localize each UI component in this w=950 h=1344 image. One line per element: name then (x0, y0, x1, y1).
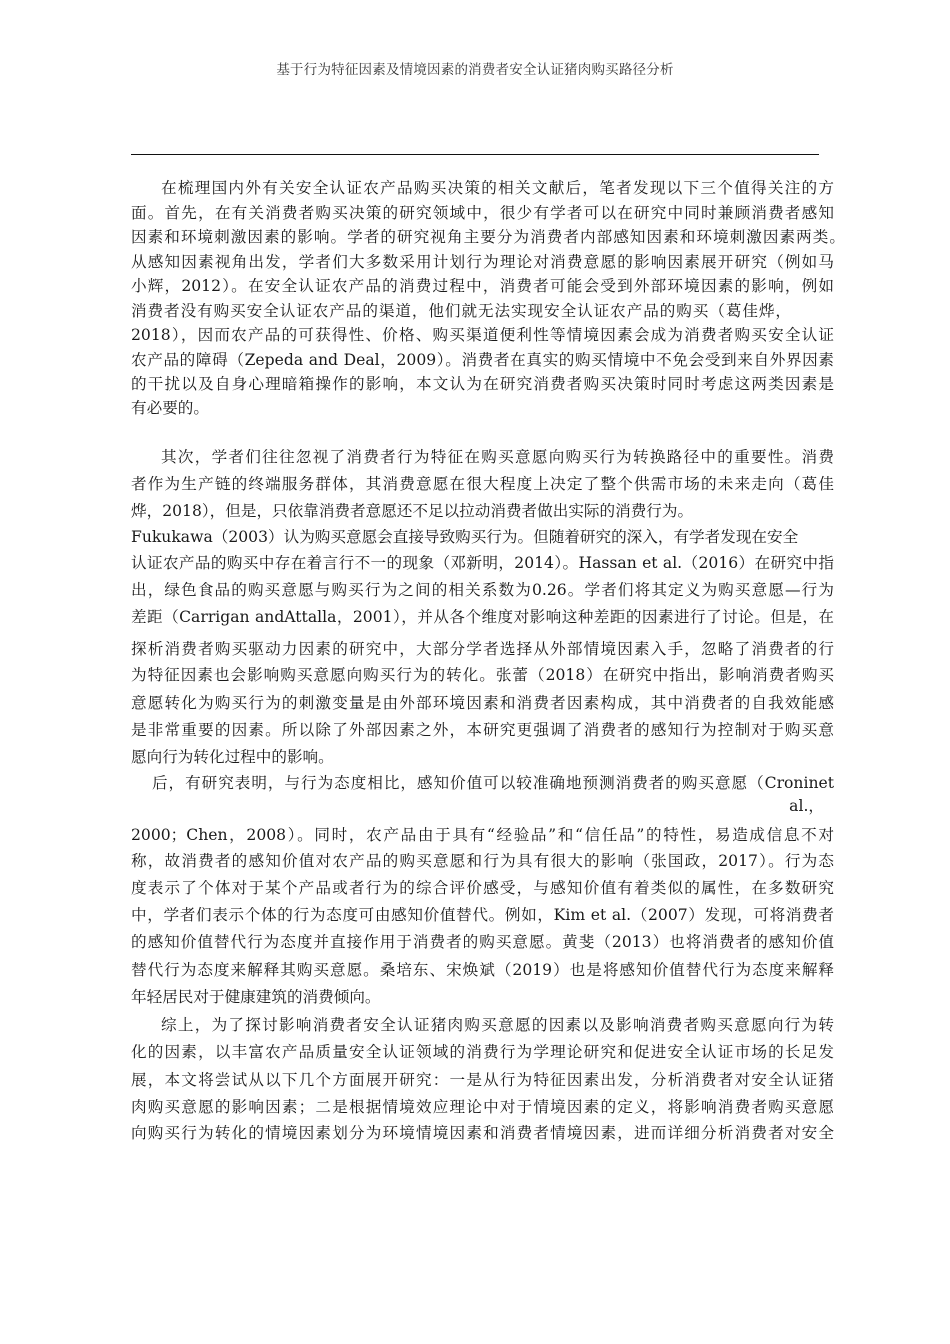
text-line: 出，绿色食品的购买意愿与购买行为之间的相关系数为0.26。学者们将其定义为购买意… (131, 580, 834, 600)
text-line: 认证农产品的购买中存在着言行不一的现象（邓新明，2014）。Hassan et … (131, 553, 834, 573)
text-line: 2018），因而农产品的可获得性、价格、购买渠道便利性等情境因素会成为消费者购买… (131, 325, 834, 345)
text-line: 其次，学者们往往忽视了消费者行为特征在购买意愿向购买行为转换路径中的重要性。消费 (161, 447, 834, 467)
text-line: 综上，为了探讨影响消费者安全认证猪肉购买意愿的因素以及影响消费者购买意愿向行为转 (161, 1015, 834, 1035)
text-line: Fukukawa（2003）认为购买意愿会直接导致购买行为。但随着研究的深入，有… (131, 527, 775, 547)
text-line: 意愿转化为购买行为的刺激变量是由外部环境因素和消费者因素构成，其中消费者的自我效… (131, 693, 834, 713)
text-line: 年轻居民对于健康建筑的消费倾向。 (131, 987, 834, 1007)
text-line: 者作为生产链的终端服务群体，其消费意愿在很大程度上决定了整个供需市场的未来走向（… (131, 474, 834, 494)
text-line: 是非常重要的因素。所以除了外部因素之外，本研究更强调了消费者的感知行为控制对于购… (131, 720, 834, 740)
text-line: 有必要的。 (131, 398, 834, 418)
text-line: 向购买行为转化的情境因素划分为环境情境因素和消费者情境因素，进而详细分析消费者对… (131, 1123, 834, 1143)
text-line: 化的因素，以丰富农产品质量安全认证领域的消费行为学理论研究和促进安全认证市场的长… (131, 1042, 834, 1062)
text-line: 小辉，2012）。在安全认证农产品的消费过程中，消费者可能会受到外部环境因素的影… (131, 276, 834, 296)
text-line: 愿向行为转化过程中的影响。 (131, 747, 834, 767)
text-line: 展，本文将尝试从以下几个方面展开研究：一是从行为特征因素出发，分析消费者对安全认… (131, 1070, 834, 1090)
text-line: 面。首先，在有关消费者购买决策的研究领域中，很少有学者可以在研究中同时兼顾消费者… (131, 203, 834, 223)
header-divider (131, 154, 819, 155)
text-line: 因素和环境刺激因素的影响。学者的研究视角主要分为消费者内部感知因素和环境刺激因素… (131, 227, 845, 247)
text-line: 探析消费者购买驱动力因素的研究中，大部分学者选择从外部情境因素入手，忽略了消费者… (131, 639, 834, 659)
running-header-title: 基于行为特征因素及情境因素的消费者安全认证猪肉购买路径分析 (0, 58, 950, 78)
text-line: 的感知价值替代行为态度并直接作用于消费者的购买意愿。黄斐（2013）也将消费者的… (131, 932, 834, 952)
text-line: al.， (131, 796, 824, 816)
text-line: 消费者没有购买安全认证农产品的渠道，他们就无法实现安全认证农产品的购买（葛佳烨， (131, 301, 791, 321)
text-line: 肉购买意愿的影响因素；二是根据情境效应理论中对于情境因素的定义，将影响消费者购买… (131, 1097, 834, 1117)
text-line: 度表示了个体对于某个产品或者行为的综合评价感受，与感知价值有着类似的属性，在多数… (131, 878, 834, 898)
text-line: 后，有研究表明，与行为态度相比，感知价值可以较准确地预测消费者的购买意愿（Cro… (152, 773, 834, 793)
text-line: 2000；Chen，2008）。同时，农产品由于具有“经验品”和“信任品”的特性… (131, 825, 834, 845)
text-line: 烨，2018），但是，只依靠消费者意愿还不足以拉动消费者做出实际的消费行为。 (131, 501, 834, 521)
text-line: 农产品的障碍（Zepeda and Deal，2009）。消费者在真实的购买情境… (131, 350, 834, 370)
text-line: 的干扰以及自身心理暗箱操作的影响，本文认为在研究消费者购买决策时同时考虑这两类因… (131, 374, 834, 394)
text-line: 称，故消费者的感知价值对农产品的购买意愿和行为具有很大的影响（张国政，2017）… (131, 851, 834, 871)
text-line: 差距（Carrigan andAttalla，2001），并从各个维度对影响这种… (131, 607, 834, 627)
text-line: 替代行为态度来解释其购买意愿。桑培东、宋焕斌（2019）也是将感知价值替代行为态… (131, 960, 834, 980)
text-line: 中，学者们表示个体的行为态度可由感知价值替代。例如，Kim et al.（200… (131, 905, 834, 925)
text-line: 为特征因素也会影响购买意愿向购买行为的转化。张蕾（2018）在研究中指出，影响消… (131, 665, 834, 685)
text-line: 从感知因素视角出发，学者们大多数采用计划行为理论对消费意愿的影响因素展开研究（例… (131, 252, 834, 272)
text-line: 在梳理国内外有关安全认证农产品购买决策的相关文献后，笔者发现以下三个值得关注的方 (161, 178, 834, 198)
document-page: 基于行为特征因素及情境因素的消费者安全认证猪肉购买路径分析 在梳理国内外有关安全… (0, 0, 950, 1344)
